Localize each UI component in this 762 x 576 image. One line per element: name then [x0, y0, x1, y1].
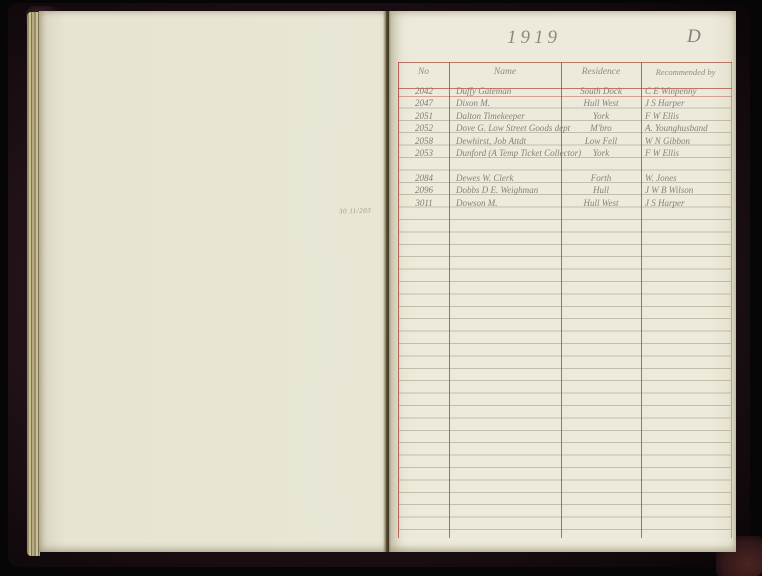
left-page: 30 11/203	[39, 11, 386, 552]
entry-recommended-by: A. Younghusband	[645, 122, 708, 134]
entry-name: Dalton Timekeeper	[456, 110, 525, 122]
table-row: 3011 Dowson M. Hull West J S Harper	[398, 197, 732, 209]
entry-recommended-by: J W B Wilson	[645, 184, 693, 196]
entry-residence: South Dock	[561, 85, 641, 97]
column-header-name: Name	[449, 67, 561, 77]
entry-name: Dixon M.	[456, 97, 490, 109]
right-page: 1919 D No Name Residence Recommended by …	[389, 11, 736, 552]
entry-number: 2096	[401, 184, 447, 196]
table-row: 2053 Dunford (A Temp Ticket Collector) Y…	[398, 147, 732, 159]
entry-residence: York	[561, 147, 641, 159]
entry-recommended-by: C E Winpenny	[645, 85, 697, 97]
entry-name: Dewes W. Clerk	[456, 172, 513, 184]
entry-residence: Low Fell	[561, 135, 641, 147]
entry-recommended-by: W. Jones	[645, 172, 677, 184]
entry-number: 3011	[401, 197, 447, 209]
entry-recommended-by: F W Ellis	[645, 147, 679, 159]
column-header-residence: Residence	[561, 67, 641, 77]
book-gutter	[383, 11, 391, 552]
entry-name: Dobbs D E. Weighman	[456, 184, 538, 196]
table-row: 2096 Dobbs D E. Weighman Hull J W B Wils…	[398, 184, 732, 196]
register-table: No Name Residence Recommended by 2042 Du…	[398, 62, 732, 538]
entry-recommended-by: J S Harper	[645, 197, 685, 209]
ledger-book: 30 11/203 1919 D No Name Residence Recom…	[0, 0, 762, 576]
table-row: 2058 Dewhirst, Job Attdt Low Fell W N Gi…	[398, 135, 732, 147]
entry-residence: Forth	[561, 172, 641, 184]
entry-residence: Hull West	[561, 97, 641, 109]
entry-residence: M'bro	[561, 122, 641, 134]
entry-number: 2051	[401, 110, 447, 122]
entry-name: Dewhirst, Job Attdt	[456, 135, 526, 147]
column-header-recommended-by: Recommended by	[639, 67, 732, 77]
table-row: 2052 Dove G. Low Street Goods dept M'bro…	[398, 122, 732, 134]
table-row: 2047 Dixon M. Hull West J S Harper	[398, 97, 732, 109]
page-year-heading: 1919	[489, 27, 579, 49]
table-row: 2042 Duffy Gateman South Dock C E Winpen…	[398, 85, 732, 97]
entry-residence: Hull	[561, 184, 641, 196]
entry-residence: York	[561, 110, 641, 122]
entry-number: 2058	[401, 135, 447, 147]
entry-number: 2042	[401, 85, 447, 97]
entry-recommended-by: J S Harper	[645, 97, 685, 109]
table-row: 2084 Dewes W. Clerk Forth W. Jones	[398, 172, 732, 184]
entry-name: Duffy Gateman	[456, 85, 511, 97]
table-row: 2051 Dalton Timekeeper York F W Ellis	[398, 110, 732, 122]
entry-name: Dowson M.	[456, 197, 498, 209]
entry-number: 2047	[401, 97, 447, 109]
page-index-letter: D	[687, 26, 701, 48]
entry-recommended-by: F W Ellis	[645, 110, 679, 122]
entry-name: Dove G. Low Street Goods dept	[456, 122, 570, 134]
entry-number: 2084	[401, 172, 447, 184]
entry-number: 2052	[401, 122, 447, 134]
entry-residence: Hull West	[561, 197, 641, 209]
margin-note: 30 11/203	[339, 206, 371, 215]
entry-number: 2053	[401, 147, 447, 159]
column-header-no: No	[398, 67, 449, 77]
entry-recommended-by: W N Gibbon	[645, 135, 690, 147]
